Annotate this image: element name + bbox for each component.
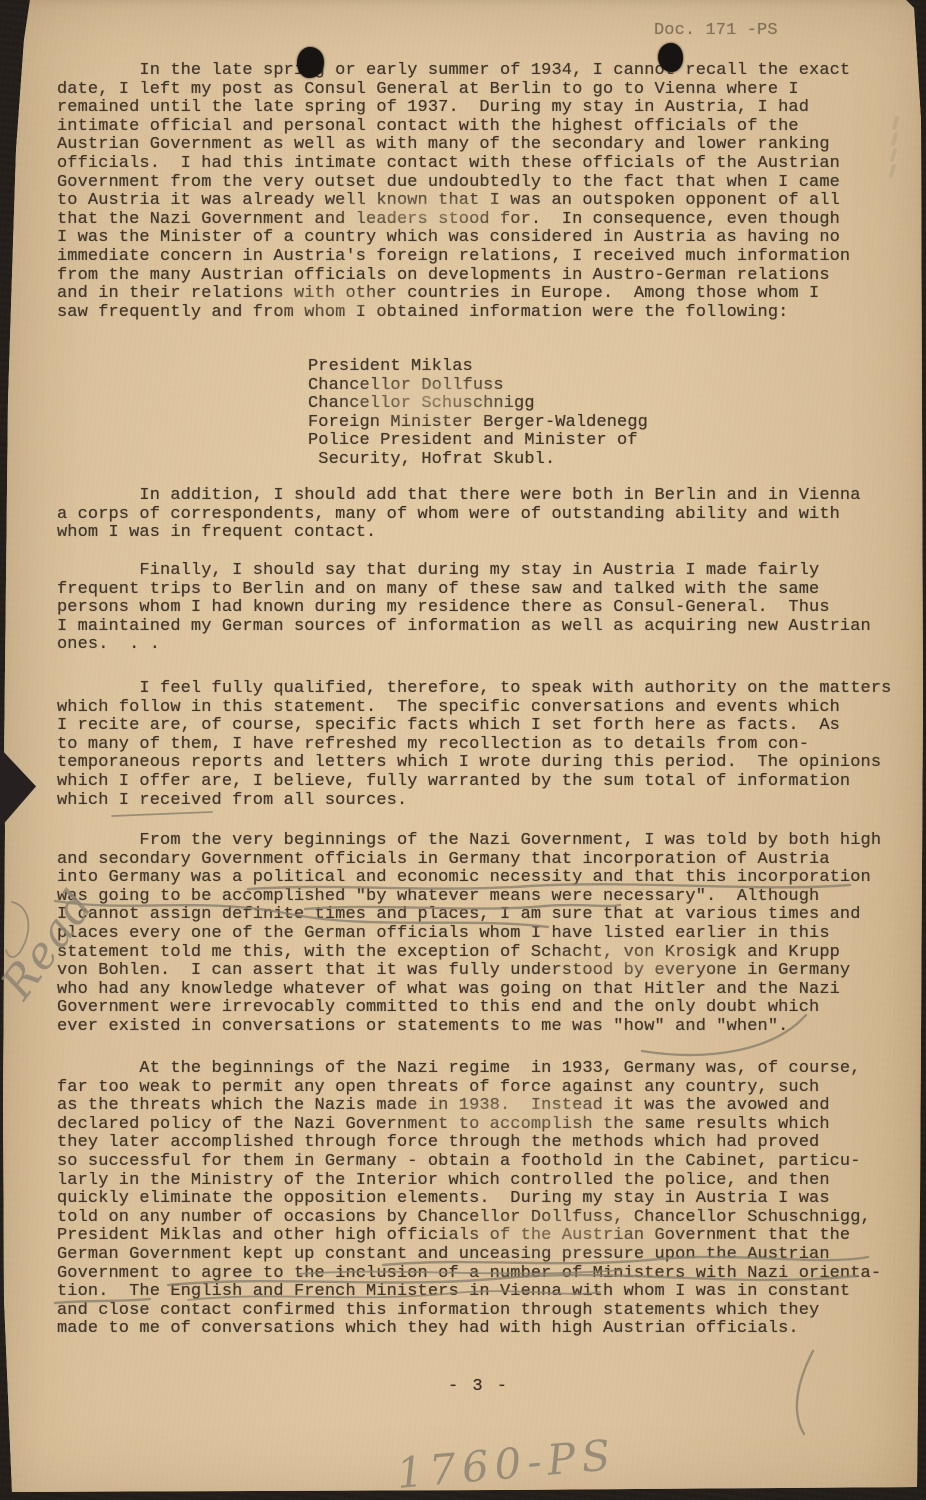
text-line: frequent trips to Berlin and on many of … (57, 581, 871, 600)
text-line: to Austria it was already well known tha… (57, 192, 850, 211)
text-line: who had any knowledge whatever of what w… (57, 981, 881, 1000)
text-line: President Miklas (308, 358, 648, 377)
text-line: quickly eliminate the opposition element… (57, 1190, 881, 1209)
text-line: was going to be accomplished "by whateve… (57, 888, 881, 907)
scanned-document-page: Doc. 171 -PS In the late spring or early… (0, 0, 926, 1500)
text-line: Security, Hofrat Skubl. (308, 451, 648, 470)
text-line: I feel fully qualified, therefore, to sp… (57, 680, 891, 699)
text-line: officials. I had this intimate contact w… (57, 155, 850, 174)
text-line: Government to agree to the inclusion of … (57, 1265, 881, 1284)
text-line: and close contact confirmed this informa… (57, 1302, 881, 1321)
text-line: I was the Minister of a country which wa… (57, 229, 850, 248)
text-line: that the Nazi Government and leaders sto… (57, 211, 850, 230)
typewritten-text-layer: Doc. 171 -PS In the late spring or early… (0, 0, 926, 1500)
doc-number-header: Doc. 171 -PS (654, 22, 778, 41)
text-line: and in their relations with other countr… (57, 285, 850, 304)
text-line: they later accomplished through force th… (57, 1134, 881, 1153)
officials-list: President MiklasChancellor DollfussChanc… (308, 358, 648, 470)
text-line: as the threats which the Nazis made in 1… (57, 1097, 881, 1116)
text-line: Government from the very outset due undo… (57, 174, 850, 193)
text-line: and secondary Government officials in Ge… (57, 851, 881, 870)
text-line: a corps of correspondents, many of whom … (57, 506, 861, 525)
text-line: Chancellor Schuschnigg (308, 395, 648, 414)
page-number: - 3 - (57, 1378, 900, 1397)
text-line: Finally, I should say that during my sta… (57, 562, 871, 581)
paragraph-6: At the beginnings of the Nazi regime in … (57, 1060, 881, 1339)
text-line: In the late spring or early summer of 19… (57, 62, 850, 81)
hole-punch-right (658, 43, 683, 72)
text-line: saw frequently and from whom I obtained … (57, 304, 850, 323)
text-line: From the very beginnings of the Nazi Gov… (57, 832, 881, 851)
text-line: to many of them, I have refreshed my rec… (57, 736, 891, 755)
text-line: I recite are, of course, specific facts … (57, 717, 891, 736)
text-line: told on any number of occasions by Chanc… (57, 1209, 881, 1228)
text-line: Government were irrevocably committed to… (57, 999, 881, 1018)
text-line: from the many Austrian officials on deve… (57, 267, 850, 286)
text-line: Foreign Minister Berger-Waldenegg (308, 414, 648, 433)
text-line: date, I left my post as Consul General a… (57, 81, 850, 100)
text-line: Austrian Government as well as with many… (57, 136, 850, 155)
text-line: larly in the Ministry of the Interior wh… (57, 1172, 881, 1191)
text-line: President Miklas and other high official… (57, 1227, 881, 1246)
paragraph-1: In the late spring or early summer of 19… (57, 62, 850, 322)
text-line: Chancellor Dollfuss (308, 377, 648, 396)
text-line: von Bohlen. I can assert that it was ful… (57, 962, 881, 981)
text-line: tion. The English and French Ministers i… (57, 1283, 881, 1302)
text-line: At the beginnings of the Nazi regime in … (57, 1060, 881, 1079)
text-line: statement told me this, with the excepti… (57, 944, 881, 963)
paragraph-4: I feel fully qualified, therefore, to sp… (57, 680, 891, 810)
text-line: which I offer are, I believe, fully warr… (57, 773, 891, 792)
text-line: I cannot assign definite times and place… (57, 906, 881, 925)
text-line: Police President and Minister of (308, 432, 648, 451)
text-line: which follow in this statement. The spec… (57, 699, 891, 718)
text-line: whom I was in frequent contact. (57, 524, 861, 543)
text-line: temporaneous reports and letters which I… (57, 754, 891, 773)
text-line: places every one of the German officials… (57, 925, 881, 944)
text-line: far too weak to permit any open threats … (57, 1079, 881, 1098)
text-line: into Germany was a political and economi… (57, 869, 881, 888)
text-line: ones. . . (57, 636, 871, 655)
text-line: which I received from all sources. (57, 792, 891, 811)
text-line: In addition, I should add that there wer… (57, 487, 861, 506)
paragraph-3: Finally, I should say that during my sta… (57, 562, 871, 655)
text-line: persons whom I had known during my resid… (57, 599, 871, 618)
text-line: remained until the late spring of 1937. … (57, 99, 850, 118)
paragraph-5: From the very beginnings of the Nazi Gov… (57, 832, 881, 1037)
text-line: immediate concern in Austria's foreign r… (57, 248, 850, 267)
text-line: made to me of conversations which they h… (57, 1320, 881, 1339)
text-line: so successful for them in Germany - obta… (57, 1153, 881, 1172)
text-line: intimate official and personal contact w… (57, 118, 850, 137)
text-line: ever existed in conversations or stateme… (57, 1018, 881, 1037)
paragraph-2: In addition, I should add that there wer… (57, 487, 861, 543)
text-line: I maintained my German sources of inform… (57, 618, 871, 637)
text-line: German Government kept up constant and u… (57, 1246, 881, 1265)
text-line: declared policy of the Nazi Government t… (57, 1116, 881, 1135)
